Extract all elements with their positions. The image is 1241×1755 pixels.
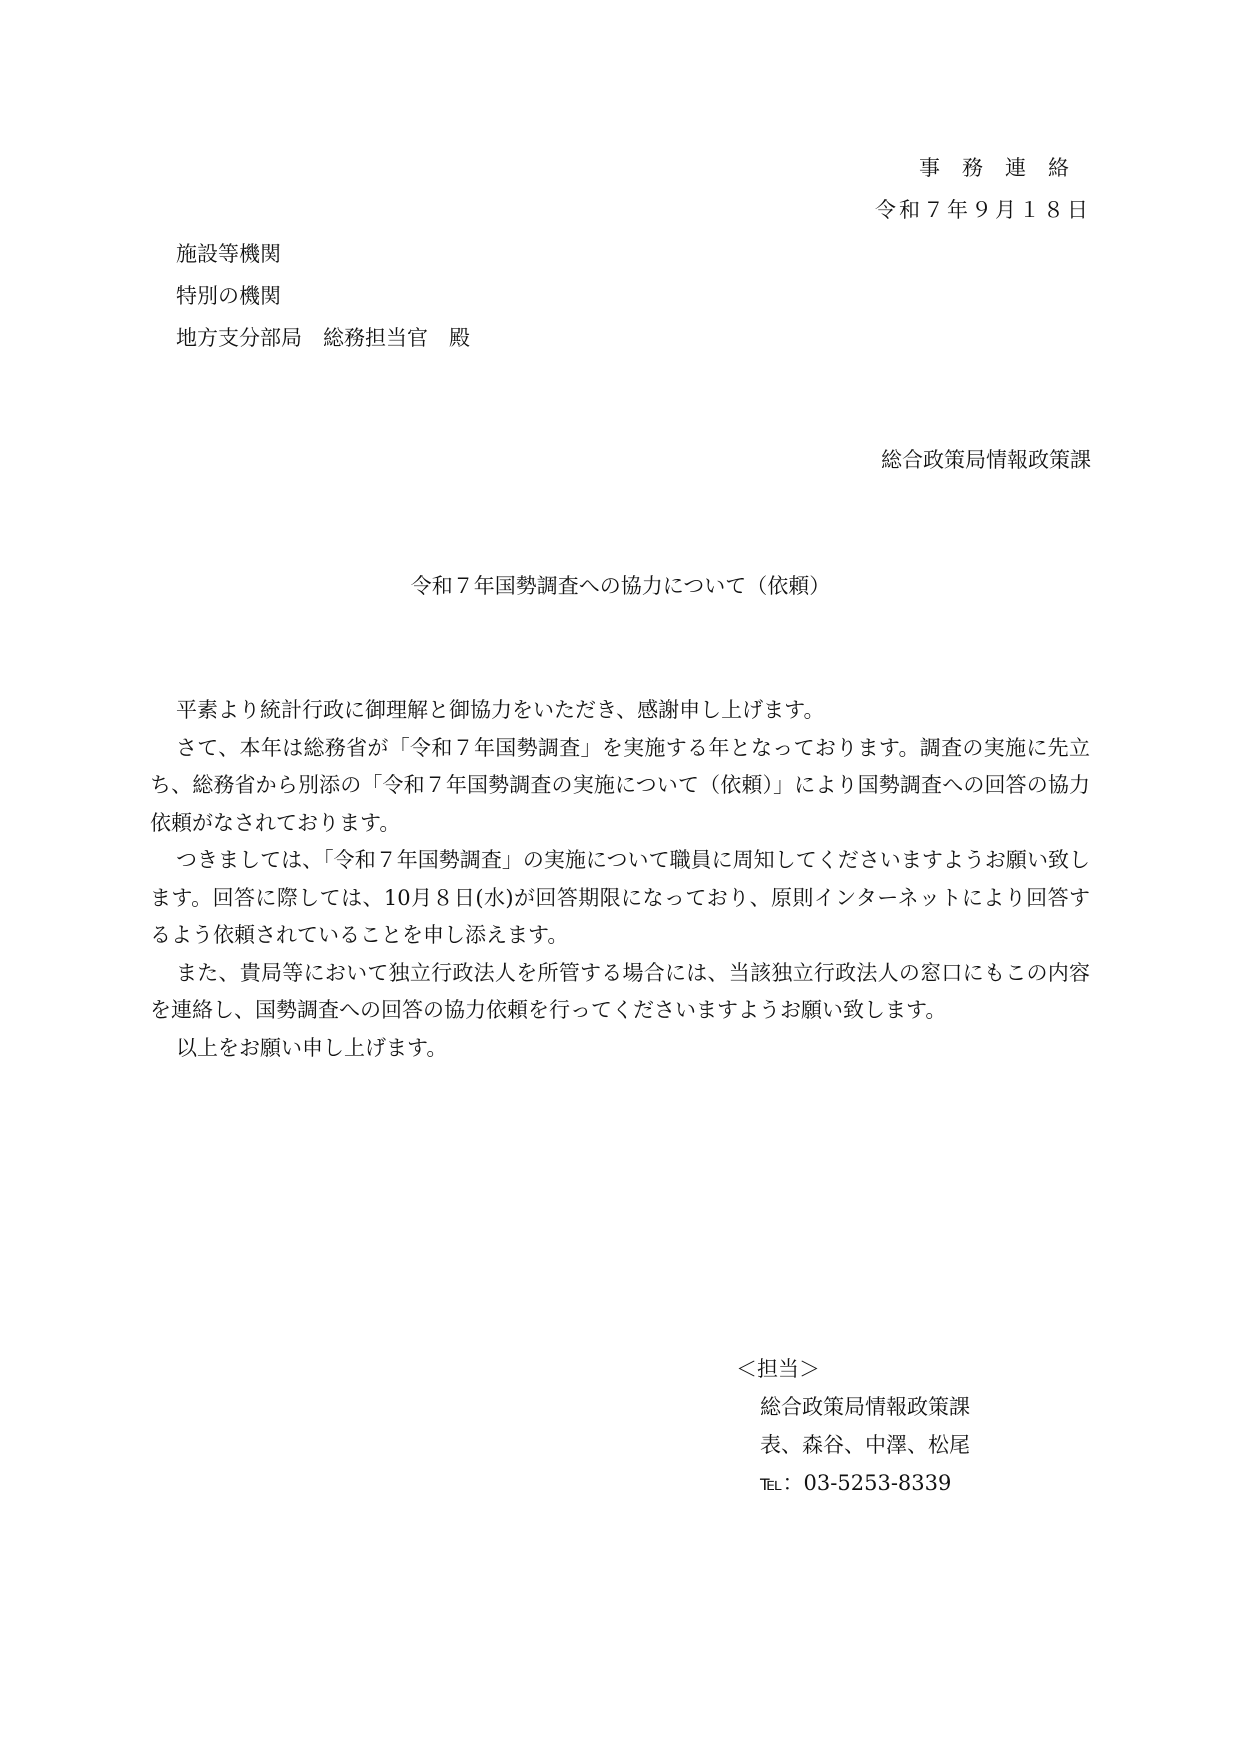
contact-tel: ℡：03-5253-8339 [736, 1464, 970, 1502]
body-paragraph: また、貴局等において独立行政法人を所管する場合には、当該独立行政法人の窓口にもこ… [150, 955, 1090, 1030]
addressee-1: 施設等機関 [176, 238, 281, 268]
doc-type-label: 事務連絡 [919, 152, 1091, 182]
document-body: 平素より統計行政に御理解と御協力をいただき、感謝申し上げます。 さて、本年は総務… [150, 692, 1090, 1067]
contact-heading: ＜担当＞ [736, 1350, 970, 1388]
addressee-3: 地方支分部局 総務担当官 殿 [176, 322, 470, 352]
body-paragraph: 以上をお願い申し上げます。 [150, 1030, 1090, 1068]
document-title: 令和７年国勢調査への協力について（依頼） [0, 570, 1241, 600]
body-paragraph: 平素より統計行政に御理解と御協力をいただき、感謝申し上げます。 [150, 692, 1090, 730]
issue-date: 令和７年９月１８日 [875, 194, 1091, 224]
addressee-2: 特別の機関 [176, 280, 281, 310]
contact-block: ＜担当＞ 総合政策局情報政策課 表、森谷、中澤、松尾 ℡：03-5253-833… [736, 1350, 970, 1502]
sender: 総合政策局情報政策課 [881, 444, 1091, 474]
body-paragraph: つきましては、「令和７年国勢調査」の実施について職員に周知してくださいますようお… [150, 842, 1090, 955]
body-paragraph: さて、本年は総務省が「令和７年国勢調査」を実施する年となっております。調査の実施… [150, 730, 1090, 843]
contact-staff: 表、森谷、中澤、松尾 [736, 1426, 970, 1464]
contact-department: 総合政策局情報政策課 [736, 1388, 970, 1426]
